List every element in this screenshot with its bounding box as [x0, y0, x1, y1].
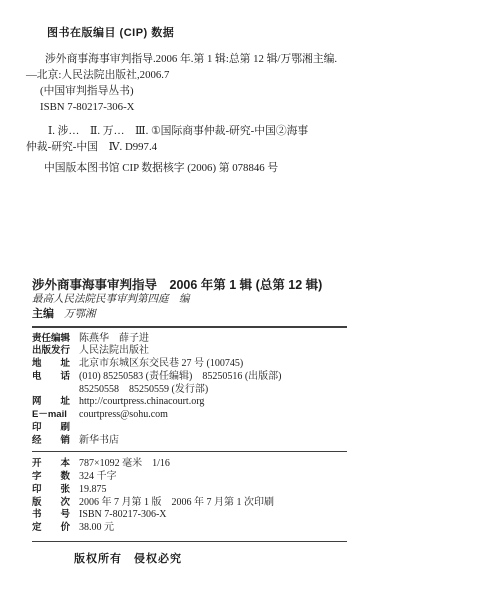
cip-series-note: (中国审判指导丛书) — [26, 83, 452, 99]
spec-row-label: 书 号 — [32, 509, 72, 522]
info-row-label: 印 刷 — [32, 422, 72, 435]
spec-row: 印 张 19.875 — [32, 484, 452, 497]
chief-editor-line: 主编万鄂湘 — [32, 307, 452, 322]
info-row-label: 出版发行 — [32, 345, 72, 358]
info-row-label: 经 销 — [32, 435, 72, 448]
cip-heading: 图书在版编目 (CIP) 数据 — [47, 27, 452, 39]
cip-record: 涉外商事海事审判指导.2006 年.第 1 辑:总第 12 辑/万鄂湘主编. —… — [26, 51, 452, 115]
info-row-label: E－mail — [32, 409, 72, 422]
cip-record-line-1: 涉外商事海事审判指导.2006 年.第 1 辑:总第 12 辑/万鄂湘主编. — [26, 51, 452, 67]
spec-row: 开 本 787×1092 毫米 1/16 — [32, 458, 452, 471]
divider-middle — [32, 451, 347, 453]
spec-row-value: 787×1092 毫米 1/16 — [79, 458, 170, 471]
info-row: 电 话 (010) 85250583 (责任编辑) 85250516 (出版部) — [32, 371, 452, 384]
cip-isbn: ISBN 7-80217-306-X — [26, 99, 452, 115]
print-spec: 开 本 787×1092 毫米 1/16 字 数 324 千字 印 张 19.8… — [32, 458, 452, 535]
book-title: 涉外商事海事审判指导 2006 年第 1 辑 (总第 12 辑) — [32, 278, 452, 293]
info-row: 网 址 http://courtpress.chinacourt.org — [32, 396, 452, 409]
info-row: 85250558 85250559 (发行部) — [32, 384, 452, 397]
info-row-label: 电 话 — [32, 371, 72, 384]
info-row-value: (010) 85250583 (责任编辑) 85250516 (出版部) — [79, 371, 281, 384]
spec-row-value: 19.875 — [79, 484, 107, 497]
spec-row-value: 38.00 元 — [79, 522, 114, 535]
info-row-label: 责任编辑 — [32, 333, 72, 346]
spec-row: 字 数 324 千字 — [32, 471, 452, 484]
chief-editor-name: 万鄂湘 — [64, 309, 96, 320]
spec-row-label: 版 次 — [32, 497, 72, 510]
info-row-value: 北京市东城区东交民巷 27 号 (100745) — [79, 358, 243, 371]
editing-department-line: 最高人民法院民事审判第四庭 编 — [32, 293, 452, 307]
divider-bottom — [32, 541, 347, 543]
spec-row: 定 价 38.00 元 — [32, 522, 452, 535]
book-title-block: 涉外商事海事审判指导 2006 年第 1 辑 (总第 12 辑) 最高人民法院民… — [32, 278, 452, 322]
chief-editor-label: 主编 — [32, 308, 54, 320]
spec-row-value: 324 千字 — [79, 471, 117, 484]
info-row: 出版发行 人民法院出版社 — [32, 345, 452, 358]
info-row-label: 地 址 — [32, 358, 72, 371]
cip-record-line-2: —北京:人民法院出版社,2006.7 — [26, 67, 452, 83]
info-row-value: 新华书店 — [79, 435, 119, 448]
spec-row-label: 定 价 — [32, 522, 72, 535]
spec-row-label: 字 数 — [32, 471, 72, 484]
info-row: 地 址 北京市东城区东交民巷 27 号 (100745) — [32, 358, 452, 371]
spec-row-label: 印 张 — [32, 484, 72, 497]
cip-registry-number: 中国版本图书馆 CIP 数据核字 (2006) 第 078846 号 — [44, 161, 452, 175]
copyright-notice: 版权所有 侵权必究 — [74, 550, 452, 566]
info-row: 责任编辑 陈燕华 薛子进 — [32, 333, 452, 346]
info-row: E－mail courtpress@sohu.com — [32, 409, 452, 422]
info-row: 印 刷 — [32, 422, 452, 435]
spec-row-value: ISBN 7-80217-306-X — [79, 509, 167, 522]
info-row-value: http://courtpress.chinacourt.org — [79, 396, 204, 409]
spec-row-label: 开 本 — [32, 458, 72, 471]
copyright-page: 图书在版编目 (CIP) 数据 涉外商事海事审判指导.2006 年.第 1 辑:… — [0, 0, 482, 595]
info-row-value: 85250558 85250559 (发行部) — [79, 384, 208, 397]
publication-info: 责任编辑 陈燕华 薛子进 出版发行 人民法院出版社 地 址 北京市东城区东交民巷… — [32, 333, 452, 448]
cip-class-line-2: 仲裁-研究-中国 Ⅳ. D997.4 — [26, 139, 452, 155]
spec-row: 版 次 2006 年 7 月第 1 版 2006 年 7 月第 1 次印刷 — [32, 497, 452, 510]
info-row-value: 人民法院出版社 — [79, 345, 149, 358]
info-row-value: courtpress@sohu.com — [79, 409, 168, 422]
info-row-label: 网 址 — [32, 396, 72, 409]
spec-row: 书 号 ISBN 7-80217-306-X — [32, 509, 452, 522]
cip-section: 图书在版编目 (CIP) 数据 涉外商事海事审判指导.2006 年.第 1 辑:… — [26, 27, 452, 175]
spec-row-value: 2006 年 7 月第 1 版 2006 年 7 月第 1 次印刷 — [79, 497, 274, 510]
info-row-value: 陈燕华 薛子进 — [79, 333, 149, 346]
cip-classification: Ⅰ. 涉… Ⅱ. 万… Ⅲ. ①国际商事仲裁-研究-中国②海事 仲裁-研究-中国… — [26, 123, 452, 155]
cip-class-line-1: Ⅰ. 涉… Ⅱ. 万… Ⅲ. ①国际商事仲裁-研究-中国②海事 — [26, 123, 452, 139]
divider-top — [32, 326, 347, 328]
info-row: 经 销 新华书店 — [32, 435, 452, 448]
